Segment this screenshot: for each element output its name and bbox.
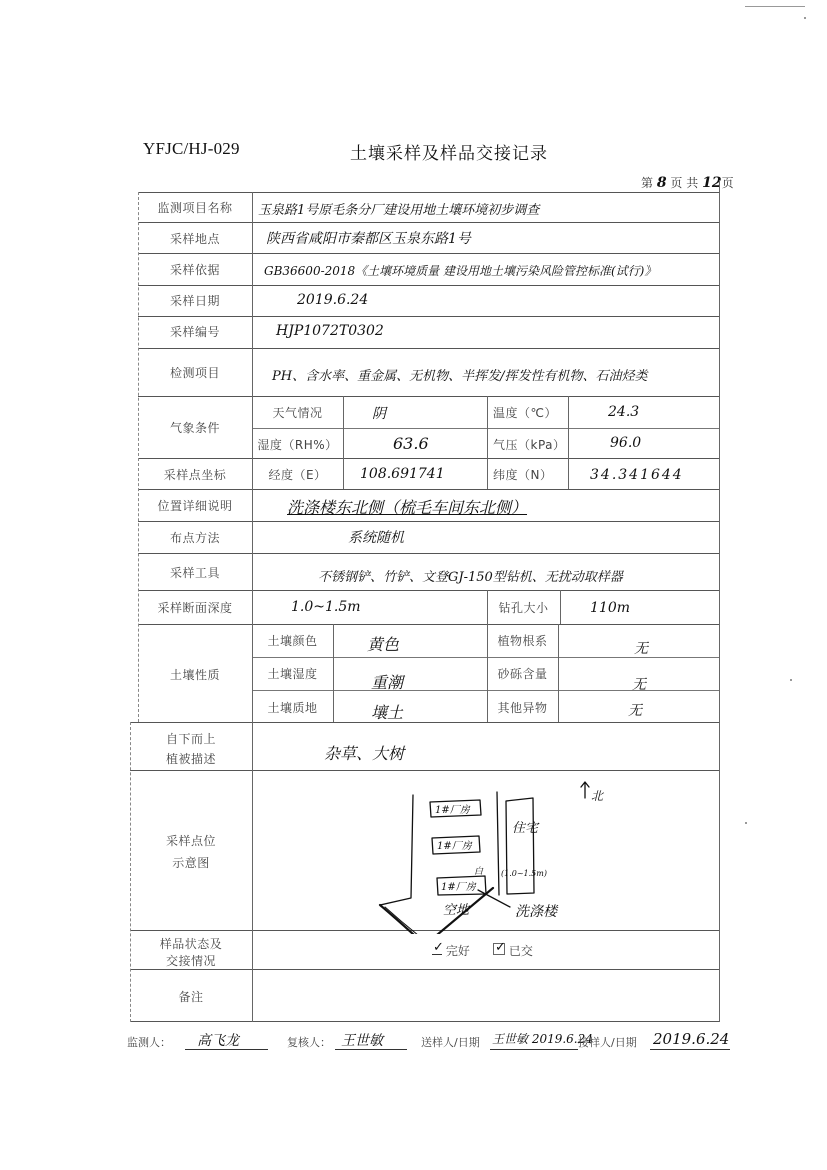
sampling-sketch: 1#厂房 1#厂房 1#厂房 住宅 (1.0~1.5m) 白 空地 洗涤楼 北 — [247, 772, 720, 934]
gravel-label: 砂砾含量 — [487, 665, 558, 682]
reviewer-signature: 王世敏 — [341, 1030, 383, 1050]
soil-label: 土壤性质 — [138, 666, 252, 683]
temperature-value: 24.3 — [608, 404, 639, 420]
check-icon: ✓ — [432, 944, 442, 955]
row-line — [138, 521, 720, 522]
position-detail-value: 洗涤楼东北侧（梳毛车间东北侧） — [287, 495, 527, 518]
reviewer-underline — [335, 1049, 407, 1050]
scan-artifact — [745, 6, 805, 7]
temperature-label: 温度（℃） — [487, 404, 574, 421]
vegetation-value: 杂草、大树 — [324, 741, 404, 764]
sketch-washing-building: 洗涤楼 — [515, 904, 559, 920]
row-line — [252, 428, 720, 429]
soil-moisture-value: 重潮 — [371, 670, 403, 693]
depth-value: 1.0~1.5m — [291, 599, 361, 615]
date-label: 采样日期 — [138, 292, 252, 309]
col-line — [130, 722, 131, 1022]
layout-method-label: 布点方法 — [138, 529, 252, 546]
sketch-label-line2: 示意图 — [130, 854, 252, 871]
date-value: 2019.6.24 — [297, 292, 368, 308]
monitor-signature: 高飞龙 — [197, 1030, 239, 1050]
receiver-label: 接样人/日期 — [578, 1034, 637, 1050]
humidity-value: 63.6 — [393, 434, 429, 453]
depth-label: 采样断面深度 — [138, 599, 252, 616]
row-line — [130, 969, 720, 970]
page-prefix: 第 — [641, 176, 653, 190]
latitude-value: 34.341644 — [590, 467, 684, 483]
row-line — [130, 1021, 720, 1022]
gravel-value: 无 — [632, 674, 646, 694]
basis-value: GB36600-2018《土壤环境质量 建设用地土壤污染风险管控标准(试行)》 — [264, 262, 656, 279]
vegetation-label-line2: 植被描述 — [130, 750, 252, 767]
receiver-signature: 2019.6.24 — [653, 1030, 729, 1048]
hole-size-value: 110m — [590, 600, 630, 616]
status-option-intact-label: 完好 — [446, 944, 470, 958]
soil-texture-label: 土壤质地 — [252, 699, 333, 716]
pressure-value: 96.0 — [610, 435, 641, 451]
col-line — [560, 590, 561, 624]
weather-condition-label: 天气情况 — [252, 404, 343, 421]
receiver-underline — [650, 1049, 730, 1050]
sketch-building-3: 1#厂房 — [441, 881, 477, 893]
form-code: YFJC/HJ-029 — [143, 139, 240, 159]
row-line — [130, 770, 720, 771]
tools-label: 采样工具 — [138, 564, 252, 581]
hole-size-label: 钻孔大小 — [487, 599, 560, 616]
sample-status-label-line1: 样品状态及 — [130, 935, 252, 952]
row-line — [138, 553, 720, 554]
row-line — [138, 285, 720, 286]
location-label: 采样地点 — [138, 230, 252, 247]
sketch-point-marker: 白 — [474, 866, 484, 877]
page-title: 土壤采样及样品交接记录 — [350, 139, 548, 164]
soil-color-value: 黄色 — [367, 632, 399, 655]
row-line — [252, 657, 720, 658]
status-option-delivered[interactable]: ✓ 已交 — [493, 942, 533, 959]
scan-artifact — [804, 17, 806, 19]
check-icon: ✓ — [493, 943, 505, 955]
scan-artifact — [790, 679, 792, 681]
vegetation-label-line1: 自下而上 — [130, 730, 252, 747]
project-name-value: 玉泉路1号原毛条分厂建设用地土壤环境初步调查 — [258, 199, 539, 218]
coords-label: 采样点坐标 — [138, 466, 252, 483]
test-items-value: PH、含水率、重金属、无机物、半挥发/挥发性有机物、石油烃类 — [272, 365, 647, 384]
row-line — [138, 489, 720, 490]
sketch-label-line1: 采样点位 — [130, 832, 252, 849]
col-line — [558, 624, 559, 722]
soil-texture-value: 壤土 — [371, 700, 403, 723]
row-line — [138, 316, 720, 317]
page-mid: 页 共 — [670, 176, 698, 190]
basis-label: 采样依据 — [138, 261, 252, 278]
sketch-building-2: 1#厂房 — [437, 840, 473, 852]
pressure-label: 气压（kPa） — [487, 436, 574, 453]
row-line — [138, 253, 720, 254]
weather-condition-value: 阴 — [372, 403, 386, 423]
plant-roots-label: 植物根系 — [487, 632, 558, 649]
sketch-north: 北 — [591, 789, 605, 803]
latitude-label: 纬度（N） — [487, 466, 574, 483]
other-matter-label: 其他异物 — [487, 699, 558, 716]
other-matter-value: 无 — [628, 700, 642, 720]
status-option-delivered-label: 已交 — [509, 944, 533, 958]
col-line — [343, 396, 344, 489]
soil-color-label: 土壤颜色 — [252, 632, 333, 649]
sender-label: 送样人/日期 — [421, 1034, 480, 1050]
row-line — [130, 722, 720, 723]
plant-roots-value: 无 — [634, 638, 648, 658]
row-line — [138, 396, 720, 397]
position-detail-label: 位置详细说明 — [138, 497, 252, 514]
sample-status-label-line2: 交接情况 — [130, 952, 252, 969]
layout-method-value: 系统随机 — [348, 527, 404, 547]
row-line — [252, 690, 720, 691]
weather-label: 气象条件 — [138, 419, 252, 436]
row-line — [138, 590, 720, 591]
page-suffix: 页 — [722, 176, 734, 190]
location-value: 陕西省咸阳市秦都区玉泉东路1号 — [266, 228, 471, 248]
remarks-label: 备注 — [130, 988, 252, 1005]
page-current: 8 — [657, 175, 667, 191]
col-line — [333, 624, 334, 722]
project-name-label: 监测项目名称 — [138, 199, 252, 216]
row-line — [138, 222, 720, 223]
scan-artifact — [745, 822, 747, 824]
humidity-label: 湿度（RH%） — [252, 436, 343, 453]
test-items-label: 检测项目 — [138, 364, 252, 381]
monitor-underline — [185, 1049, 268, 1050]
sample-id-value: HJP1072T0302 — [276, 323, 384, 339]
soil-moisture-label: 土壤湿度 — [252, 665, 333, 682]
sketch-building-1: 1#厂房 — [435, 804, 471, 816]
status-option-intact[interactable]: ✓ 完好 — [432, 942, 470, 959]
row-line — [138, 624, 720, 625]
sender-underline — [490, 1049, 578, 1050]
tools-value: 不锈钢铲、竹铲、文登GJ-150型钻机、无扰动取样器 — [318, 566, 623, 585]
sketch-depth: (1.0~1.5m) — [501, 869, 547, 878]
reviewer-label: 复核人： — [287, 1034, 331, 1050]
sketch-open-space: 空地 — [443, 902, 471, 918]
row-line — [138, 348, 720, 349]
longitude-label: 经度（E） — [252, 466, 343, 483]
sample-id-label: 采样编号 — [138, 323, 252, 340]
monitor-label: 监测人： — [127, 1034, 171, 1050]
sketch-residence-1: 住宅 — [512, 821, 540, 836]
longitude-value: 108.691741 — [360, 466, 445, 482]
row-line — [138, 458, 720, 459]
row-line — [138, 192, 720, 193]
